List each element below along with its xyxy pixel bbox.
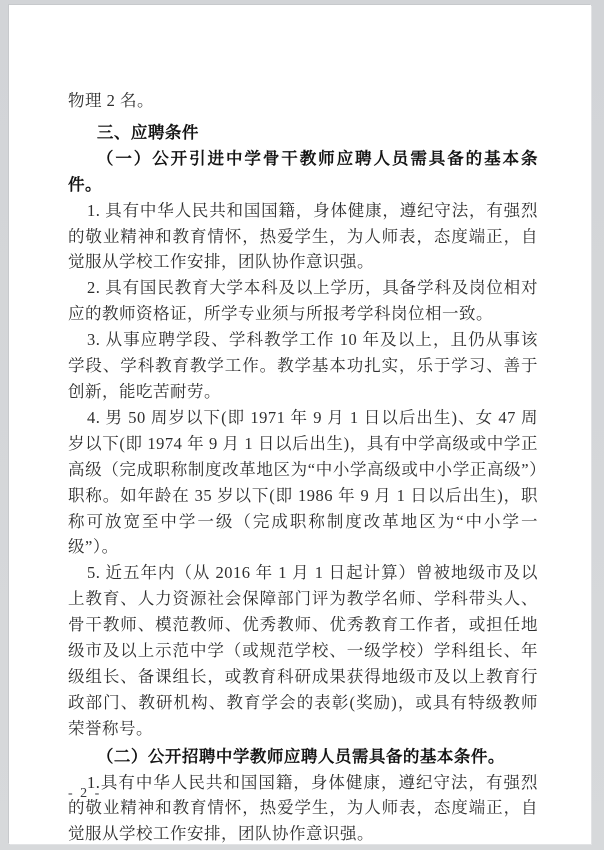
- condition-item-1-nationality-ethics: 1. 具有中华人民共和国国籍，身体健康，遵纪守法，有强烈的敬业精神和教育情怀，热…: [68, 198, 538, 276]
- subheading-introduced-backbone-teacher-conditions: （一）公开引进中学骨干教师应聘人员需具备的基本条件。: [68, 146, 538, 198]
- paragraph-physics-quota-continuation: 物理 2 名。: [68, 88, 538, 114]
- page-number: - 2 -: [68, 786, 101, 802]
- condition-item-3-teaching-experience: 3. 从事应聘学段、学科教学工作 10 年及以上，且仍从事该学段、学科教育教学工…: [68, 327, 538, 405]
- document-page: 物理 2 名。 三、应聘条件 （一）公开引进中学骨干教师应聘人员需具备的基本条件…: [9, 5, 591, 844]
- condition-item-5-honors-awards: 5. 近五年内（从 2016 年 1 月 1 日起计算）曾被地级市及以上教育、人…: [68, 560, 538, 741]
- document-body: 物理 2 名。 三、应聘条件 （一）公开引进中学骨干教师应聘人员需具备的基本条件…: [68, 88, 538, 847]
- subheading-recruited-teacher-conditions: （二）公开招聘中学教师应聘人员需具备的基本条件。: [68, 744, 538, 770]
- condition-item-2-education-certificate: 2. 具有国民教育大学本科及以上学历，具备学科及岗位相对应的教师资格证，所学专业…: [68, 275, 538, 327]
- condition-item-4-age-title-requirements: 4. 男 50 周岁以下(即 1971 年 9 月 1 日以后出生)、女 47 …: [68, 405, 538, 560]
- condition-item-recruit-1-nationality-ethics: 1.具有中华人民共和国国籍，身体健康，遵纪守法，有强烈的敬业精神和教育情怀，热爱…: [68, 770, 538, 848]
- section-heading-application-conditions: 三、应聘条件: [68, 120, 538, 146]
- scanned-document-background: { "page": { "kind": "scanned-official-do…: [0, 0, 604, 850]
